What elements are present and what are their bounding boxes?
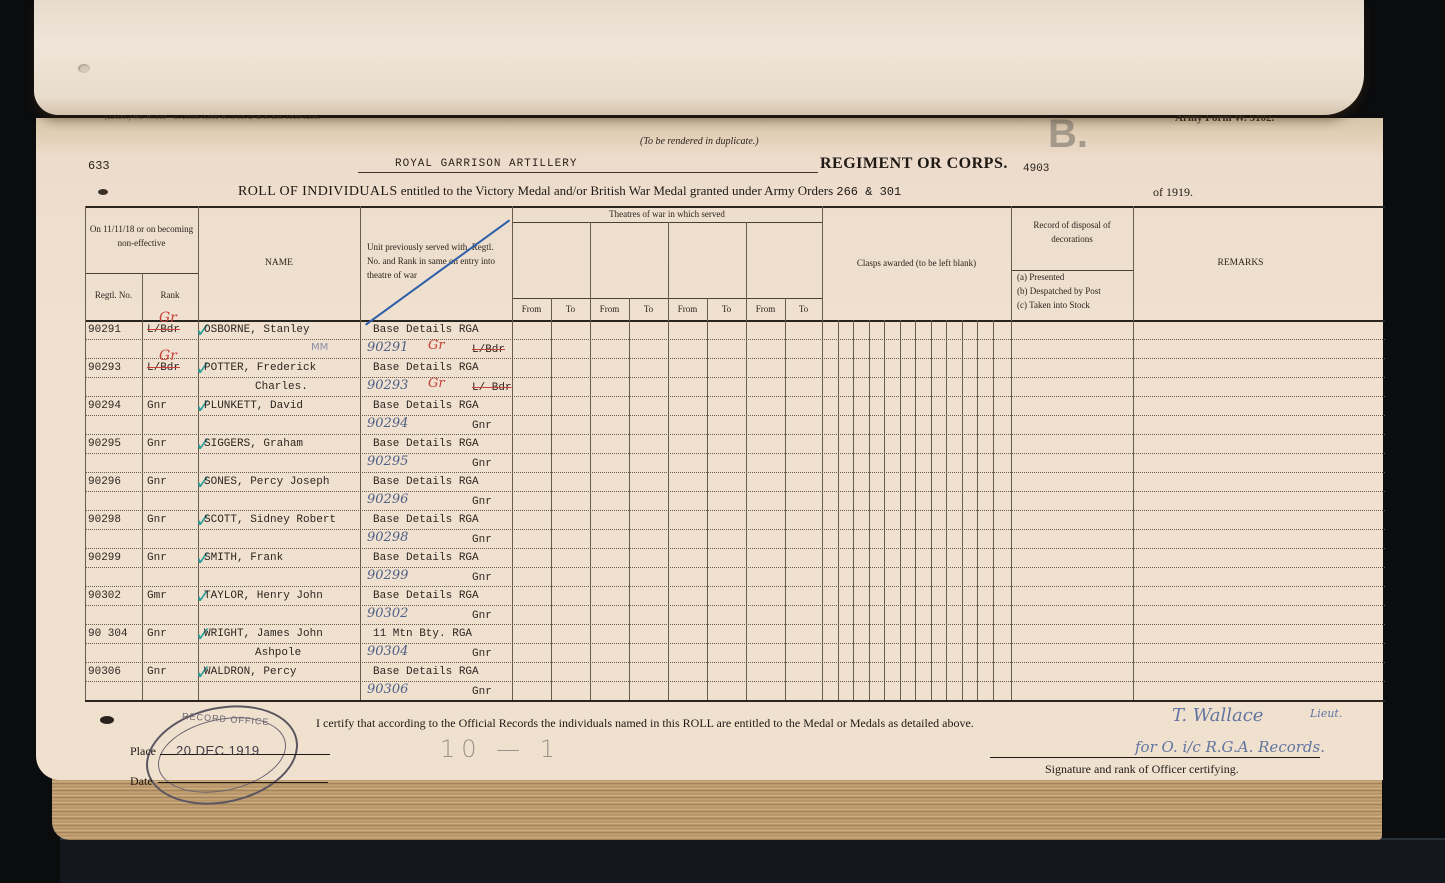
clasp-col-rule (915, 320, 916, 700)
name: PLUNKETT, David (204, 400, 303, 412)
unit-rank: Gnr (472, 610, 492, 622)
row-rule (85, 605, 1385, 606)
rank: Gnr (147, 400, 167, 412)
row-rule (85, 548, 1385, 549)
regtl-no: 90298 (88, 514, 121, 526)
unit-regtl-no: 90294 (367, 416, 408, 431)
clasp-col-rule (838, 320, 839, 700)
regiment-underline (358, 172, 818, 173)
name: SMITH, Frank (204, 552, 283, 564)
unit-rank: Gnr (472, 534, 492, 546)
regtl-no: 90 304 (88, 628, 128, 640)
header-split-theatres (512, 222, 822, 223)
name: SONES, Percy Joseph (204, 476, 329, 488)
row-rule (85, 567, 1385, 568)
col-rule (590, 222, 591, 700)
regtl-no: 90291 (88, 324, 121, 336)
header-to-1: To (551, 302, 590, 316)
unit-rank: Gnr (472, 648, 492, 660)
rank: Gnr (147, 514, 167, 526)
header-clasps: Clasps awarded (to be left blank) (822, 256, 1011, 270)
rendered-note: (To be rendered in duplicate.) (640, 136, 759, 147)
sheet-letter: B. (1048, 112, 1088, 157)
name: WALDRON, Percy (204, 666, 296, 678)
unit: Base Details RGA (373, 666, 479, 678)
unit: Base Details RGA (373, 476, 479, 488)
header-name: NAME (198, 256, 360, 270)
date-line (158, 782, 328, 783)
col-rule (360, 206, 361, 700)
name: SCOTT, Sidney Robert (204, 514, 336, 526)
col-rule (551, 298, 552, 700)
medal-annotation: MM (311, 342, 328, 353)
unit: Base Details RGA (373, 552, 479, 564)
unit: Base Details RGA (373, 362, 479, 374)
row-rule (85, 510, 1385, 511)
rank-correction: Gr (159, 348, 177, 364)
roll-title-main: ROLL OF INDIVIDUALS (238, 184, 398, 199)
row-rule (85, 453, 1385, 454)
row-rule (85, 358, 1385, 359)
clasp-col-rule (962, 320, 963, 700)
clasp-col-rule (869, 320, 870, 700)
col-rule (668, 222, 669, 700)
col-rule (512, 206, 513, 700)
unit-regtl-no: 90302 (367, 606, 408, 621)
rank: Gnr (147, 438, 167, 450)
rank: Gnr (147, 552, 167, 564)
previous-page-curl (34, 0, 1364, 115)
name-line2: Charles. (255, 381, 308, 393)
col-rule (142, 273, 143, 700)
name: TAYLOR, Henry John (204, 590, 323, 602)
header-from-2: From (590, 302, 629, 316)
signature-caption: Signature and rank of Officer certifying… (1045, 762, 1239, 777)
unit: 11 Mtn Bty. RGA (373, 628, 472, 640)
header-on-date: On 11/11/18 or on becoming non-effective (85, 222, 198, 250)
officer-rank: Lieut. (1310, 707, 1342, 720)
signature-line (990, 757, 1320, 758)
tally-note: 10 — 1 (440, 735, 561, 763)
unit-regtl-no: 90291 (367, 340, 408, 355)
date-label: Date (130, 774, 153, 789)
roll-subtitle: entitled to the Victory Medal and/or Bri… (401, 183, 833, 198)
row-rule (85, 643, 1385, 644)
header-rank: Rank (142, 288, 198, 302)
row-rule (85, 339, 1385, 340)
place-label: Place (130, 744, 156, 759)
unit: Base Details RGA (373, 400, 479, 412)
name: POTTER, Frederick (204, 362, 316, 374)
regtl-no: 90306 (88, 666, 121, 678)
col-rule (1011, 206, 1012, 700)
unit-rank: L/Bdr (472, 344, 505, 356)
name: OSBORNE, Stanley (204, 324, 310, 336)
header-to-4: To (785, 302, 822, 316)
regtl-no: 90299 (88, 552, 121, 564)
medal-roll-table: On 11/11/18 or on becoming non-effective… (85, 206, 1385, 706)
table-bottom-rule (85, 700, 1385, 702)
rank-correction: Gr (159, 310, 177, 326)
regiment-typed: ROYAL GARRISON ARTILLERY (395, 158, 577, 170)
row-rule (85, 472, 1385, 473)
unit-regtl-no: 90306 (367, 682, 408, 697)
unit-correction: Gr (428, 376, 445, 391)
unit-regtl-no: 90293 (367, 378, 408, 393)
row-rule (85, 491, 1385, 492)
unit-rank: Gnr (472, 496, 492, 508)
roll-year: of 1919. (1153, 185, 1193, 200)
regiment-label: REGIMENT OR CORPS. (820, 155, 1008, 173)
row-rule (85, 415, 1385, 416)
unit: Base Details RGA (373, 438, 479, 450)
stamp-date: 20 DEC 1919 (176, 743, 260, 758)
army-orders: 266 & 301 (836, 185, 901, 199)
punch-mark (100, 716, 114, 724)
rank: Gnr (147, 666, 167, 678)
col-rule (1133, 206, 1134, 700)
roll-title: ROLL OF INDIVIDUALS entitled to the Vict… (238, 183, 901, 200)
header-from-1: From (512, 302, 551, 316)
header-from-3: From (668, 302, 707, 316)
unit: Base Details RGA (373, 514, 479, 526)
header-disposal-a: (a) Presented (1017, 270, 1131, 284)
name-line2: Ashpole (255, 647, 301, 659)
header-to-2: To (629, 302, 668, 316)
regtl-no: 90293 (88, 362, 121, 374)
row-rule (85, 586, 1385, 587)
name: SIGGERS, Graham (204, 438, 303, 450)
header-disposal-b: (b) Despatched by Post (1017, 284, 1131, 298)
officer-signature: T. Wallace (1172, 705, 1263, 726)
regtl-no: 90294 (88, 400, 121, 412)
unit-regtl-no: 90296 (367, 492, 408, 507)
col-rule (785, 298, 786, 700)
header-split-fromto (512, 298, 822, 299)
punch-hole (78, 64, 90, 73)
header-disposal: Record of disposal of decorations (1015, 218, 1129, 246)
unit-rank: Gnr (472, 420, 492, 432)
col-rule (746, 222, 747, 700)
pointing-hand-icon (98, 189, 108, 195)
header-unit: Unit previously served with. Regtl. No. … (367, 240, 507, 282)
header-from-4: From (746, 302, 785, 316)
unit-regtl-no: 90298 (367, 530, 408, 545)
clasp-col-rule (884, 320, 885, 700)
unit-rank: L/ Bdr (472, 382, 512, 394)
row-rule (85, 377, 1385, 378)
col-rule (85, 206, 86, 700)
regtl-no: 90296 (88, 476, 121, 488)
unit-rank: Gnr (472, 458, 492, 470)
unit: Base Details RGA (373, 324, 479, 336)
row-rule (85, 662, 1385, 663)
row-rule (85, 434, 1385, 435)
header-remarks: REMARKS (1133, 256, 1348, 270)
officer-signature-line2: for O. i/c R.G.A. Records. (1135, 738, 1325, 756)
unit-regtl-no: 90304 (367, 644, 408, 659)
unit-regtl-no: 90299 (367, 568, 408, 583)
unit-regtl-no: 90295 (367, 454, 408, 469)
row-rule (85, 396, 1385, 397)
clasp-col-rule (900, 320, 901, 700)
rank: Gmr (147, 590, 167, 602)
row-rule (85, 681, 1385, 682)
clasp-col-rule (931, 320, 932, 700)
header-regtl-no: Regtl. No. (85, 288, 142, 302)
book-binding (60, 838, 1445, 883)
unit-correction: Gr (428, 338, 445, 353)
header-disposal-c: (c) Taken into Stock (1017, 298, 1131, 312)
clasp-col-rule (993, 320, 994, 700)
unit-rank: Gnr (472, 572, 492, 584)
row-rule (85, 529, 1385, 530)
col-rule (707, 298, 708, 700)
rank: Gnr (147, 476, 167, 488)
certification-text: I certify that according to the Official… (316, 716, 974, 731)
unit: Base Details RGA (373, 590, 479, 602)
rank: Gnr (147, 628, 167, 640)
clasp-col-rule (977, 320, 978, 700)
regtl-no: 90302 (88, 590, 121, 602)
col-rule (629, 298, 630, 700)
header-to-3: To (707, 302, 746, 316)
clasp-col-rule (946, 320, 947, 700)
name: WRIGHT, James John (204, 628, 323, 640)
header-bottom-rule (85, 320, 1385, 322)
header-theatres: Theatres of war in which served (512, 207, 822, 221)
row-rule (85, 624, 1385, 625)
clasp-col-rule (853, 320, 854, 700)
regtl-no: 90295 (88, 438, 121, 450)
regiment-code: 4903 (1023, 163, 1049, 175)
col-rule (822, 206, 823, 700)
page-number: 633 (88, 159, 110, 173)
unit-rank: Gnr (472, 686, 492, 698)
